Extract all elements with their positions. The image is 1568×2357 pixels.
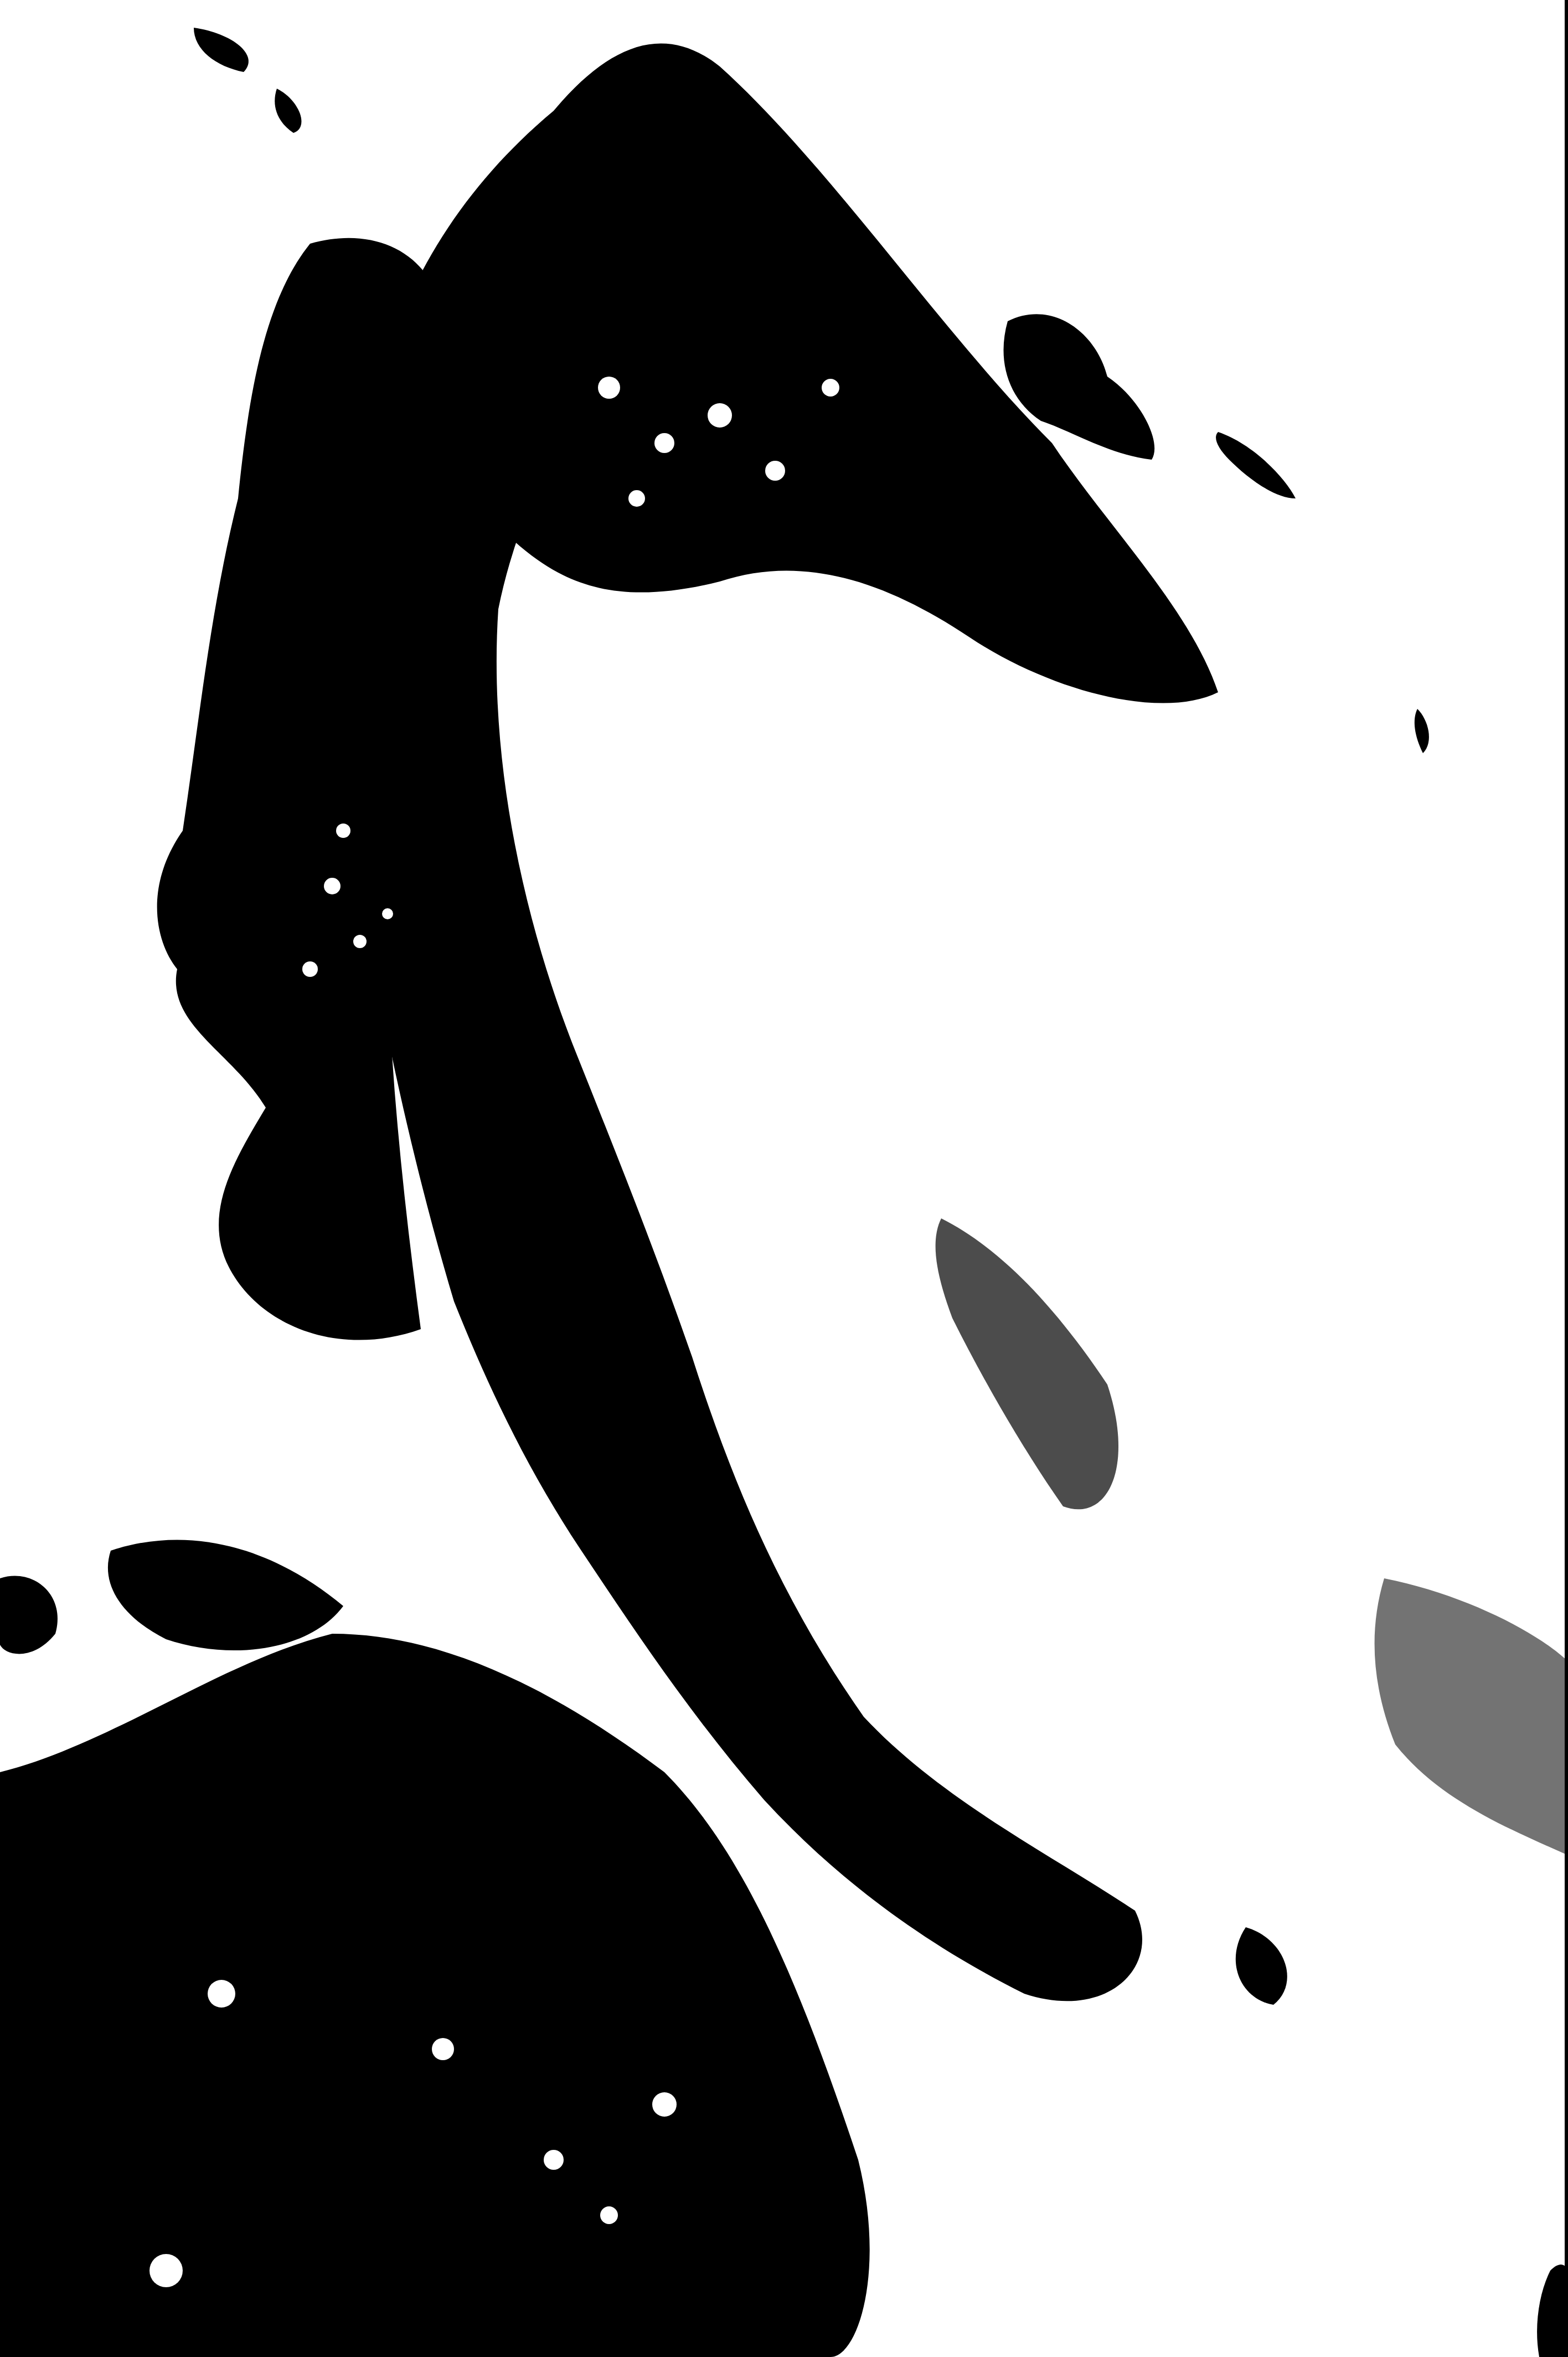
thresholded-aerial-image	[0, 0, 1568, 2357]
right-border-edge	[1565, 0, 1568, 2357]
